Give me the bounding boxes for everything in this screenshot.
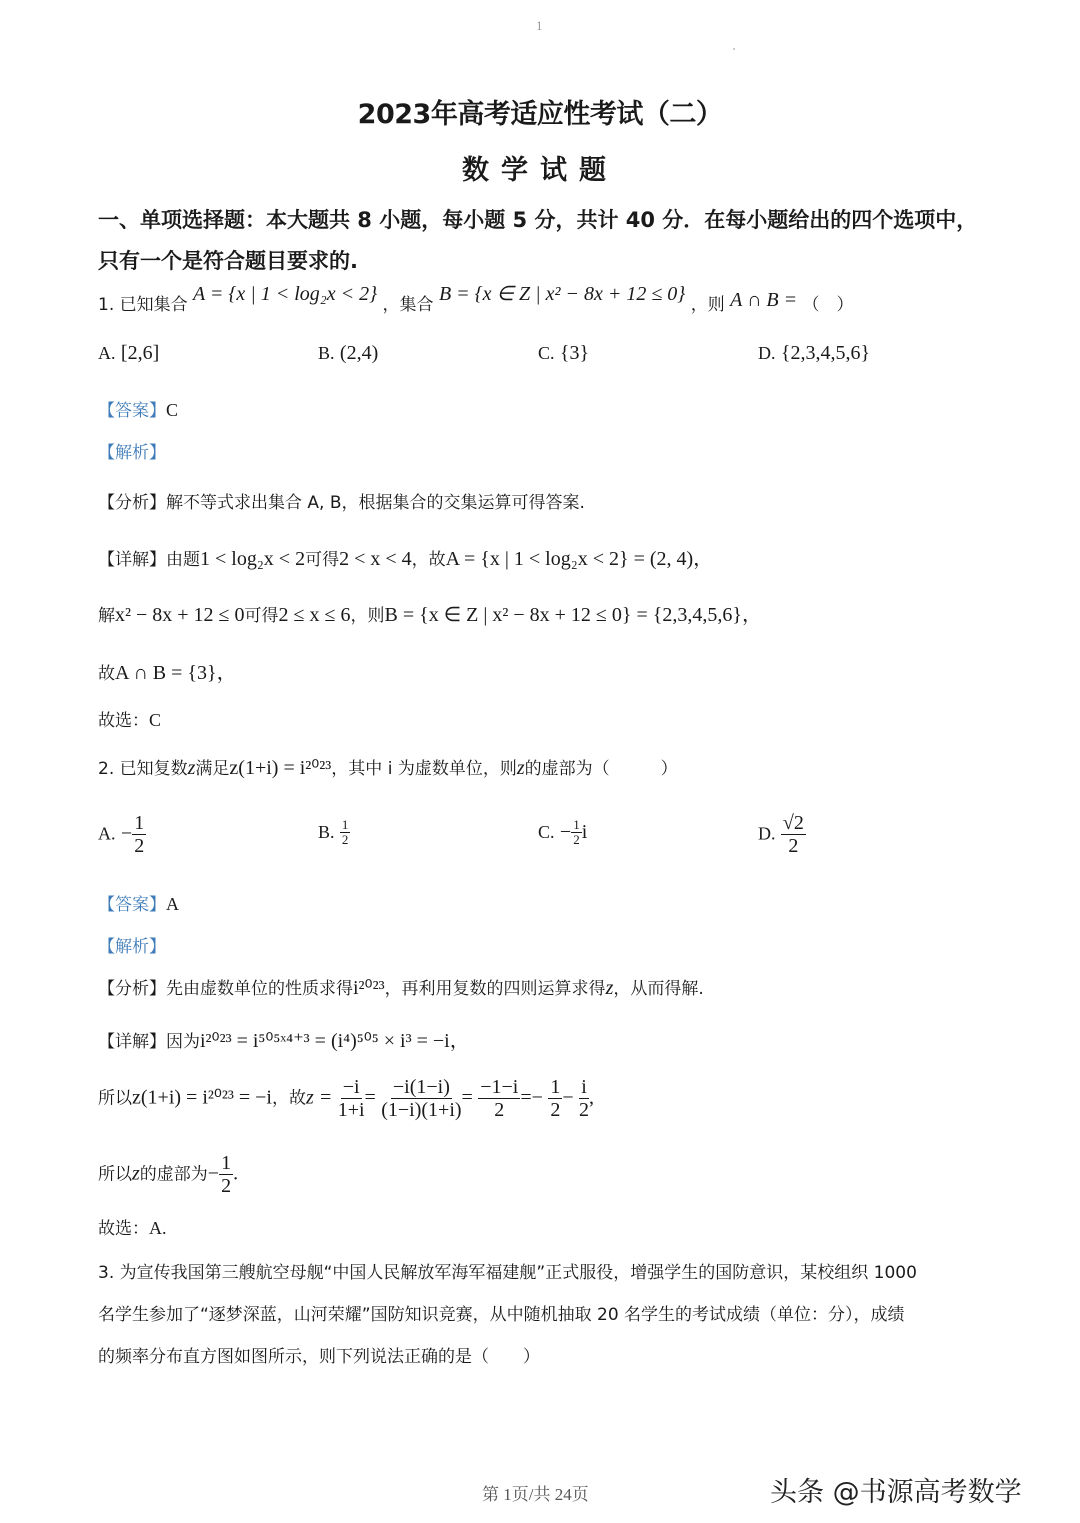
page-title: 2023年高考适应性考试（二） bbox=[0, 92, 1080, 131]
q3-line3: 的频率分布直方图如图所示，则下列说法正确的是（ ） bbox=[98, 1342, 540, 1367]
q1-detail-line1: 【详解】由题1 < log₂x < 2可得2 < x < 4，故A = {x |… bbox=[98, 542, 713, 571]
section-heading: 一、单项选择题：本大题共 8 小题，每小题 5 分，共计 40 分．在每小题给出… bbox=[98, 200, 988, 282]
q1-detail-line3: 故A ∩ B = {3}， bbox=[98, 656, 237, 685]
q1-suffix: ，则 bbox=[691, 295, 725, 315]
q2-stem: 2. 已知复数z满足z(1+i) = i²⁰²³，其中 i 为虚数单位，则z的虚… bbox=[98, 754, 678, 780]
q1-detail-line2: 解x² − 8x + 12 ≤ 0可得2 ≤ x ≤ 6，则B = {x ∈ Z… bbox=[98, 598, 762, 627]
q2-detail-line1: 【详解】因为i²⁰²³ = i⁵⁰⁵ˣ⁴⁺³ = (i⁴)⁵⁰⁵ × i³ = … bbox=[98, 1024, 470, 1053]
footer-page-info: 第 1页/共 24页 bbox=[482, 1480, 589, 1505]
q2-answer: 【答案】A bbox=[98, 890, 179, 915]
q1-option-d: D. {2,3,4,5,6} bbox=[758, 342, 870, 365]
q2-option-c: C. −12i bbox=[538, 818, 587, 848]
q1-prefix: 1. 已知集合 bbox=[98, 295, 188, 315]
q2-option-b: B. 12 bbox=[318, 818, 350, 848]
q1-answer: 【答案】C bbox=[98, 396, 178, 421]
q1-choose: 故选：C bbox=[98, 706, 161, 731]
q1-set-a: A = {x | 1 < log₂x < 2} bbox=[193, 283, 377, 305]
q1-paren: （ ） bbox=[803, 295, 854, 315]
q2-choose: 故选：A. bbox=[98, 1214, 167, 1239]
q1-fenxi: 【分析】解不等式求出集合 A, B，根据集合的交集运算可得答案. bbox=[98, 488, 585, 513]
q2-analysis-label: 【解析】 bbox=[98, 932, 166, 957]
decorative-dot bbox=[733, 48, 735, 50]
q1-option-c: C. {3} bbox=[538, 342, 589, 365]
header-page-number: 1 bbox=[536, 18, 543, 34]
q1-analysis-label: 【解析】 bbox=[98, 438, 166, 463]
q3-line2: 名学生参加了“逐梦深蓝，山河荣耀”国防知识竞赛，从中随机抽取 20 名学生的考试… bbox=[98, 1300, 905, 1325]
q1-option-a: A. [2,6] bbox=[98, 342, 159, 365]
q1-option-b: B. (2,4) bbox=[318, 342, 378, 365]
watermark: 头条 @书源高考数学 bbox=[770, 1470, 1022, 1509]
q2-detail-line2: 所以z(1+i) = i²⁰²³ = −i，故z = −i1+i= −i(1−i… bbox=[98, 1076, 594, 1121]
q2-option-d: D. √22 bbox=[758, 812, 806, 857]
q2-option-a: A. −12 bbox=[98, 812, 146, 857]
page-subtitle: 数学试题 bbox=[0, 148, 1080, 187]
q1-set-b: B = {x ∈ Z | x² − 8x + 12 ≤ 0} bbox=[439, 283, 685, 305]
q1-mid: ，集合 bbox=[383, 295, 434, 315]
q1-stem: 1. 已知集合 A = {x | 1 < log₂x < 2} ，集合 B = … bbox=[98, 290, 854, 316]
q2-fenxi: 【分析】先由虚数单位的性质求得i²⁰²³，再利用复数的四则运算求得z，从而得解. bbox=[98, 974, 704, 1000]
answer-label: 【答案】 bbox=[98, 401, 166, 421]
q2-detail-line3: 所以z的虚部为−12. bbox=[98, 1152, 238, 1197]
q1-ask: A ∩ B = bbox=[730, 289, 797, 311]
q3-line1: 3. 为宣传我国第三艘航空母舰“中国人民解放军海军福建舰”正式服役，增强学生的国… bbox=[98, 1258, 917, 1283]
